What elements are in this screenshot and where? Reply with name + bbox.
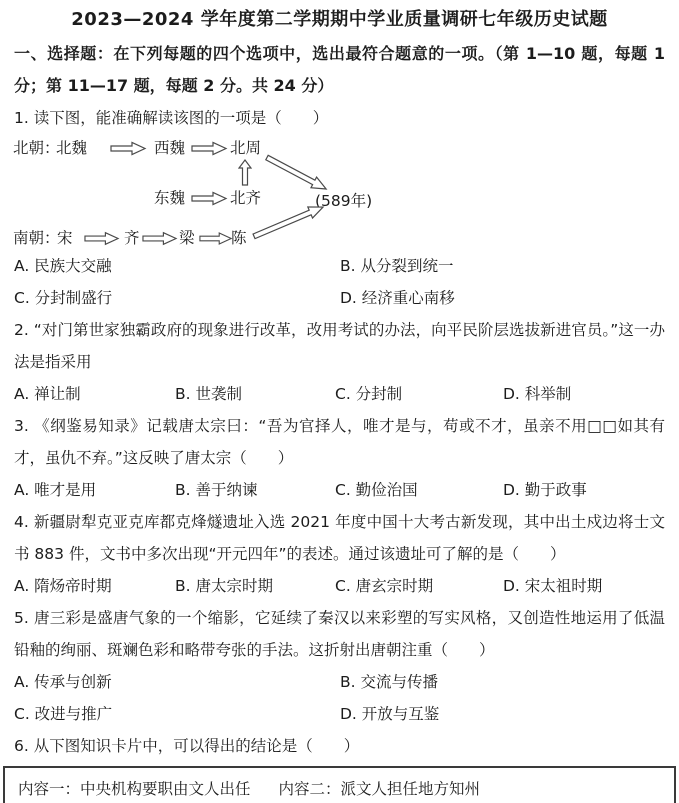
arrow-right-icon [142, 231, 178, 246]
page-title: 2023—2024 学年度第二学期期中学业质量调研七年级历史试题 [0, 8, 679, 32]
question-4-stem: 4. 新疆尉犁克亚克库都克烽燧遗址入选 2021 年度中国十大考古新发现，其中出… [14, 506, 665, 570]
knowledge-card-content-1: 内容一：中央机构要职由文人出任 [18, 780, 251, 798]
diagram-node-beizhou: 北周 [230, 139, 261, 157]
question-3-options: A. 唯才是用 B. 善于纳谏 C. 勤俭治国 D. 勤于政事 [14, 474, 665, 506]
option-a: A. 唯才是用 [14, 474, 175, 506]
arrow-diagonal-down-icon [263, 150, 332, 196]
diagram-node-qi: 齐 [124, 229, 140, 247]
option-d: D. 宋太祖时期 [503, 570, 665, 602]
option-d: D. 勤于政事 [503, 474, 665, 506]
knowledge-card-content-2: 内容二：派文人担任地方知州 [279, 780, 481, 798]
option-c: C. 改进与推广 [14, 698, 340, 730]
option-a: A. 传承与创新 [14, 666, 340, 698]
option-c: C. 分封制 [335, 378, 503, 410]
option-a: A. 隋炀帝时期 [14, 570, 175, 602]
arrow-right-icon [110, 141, 147, 156]
diagram-north-label: 北朝： [13, 139, 60, 157]
question-1-stem: 1. 读下图，能准确解读该图的一项是（ ） [14, 102, 665, 134]
arrow-right-icon [191, 141, 228, 156]
option-b: B. 善于纳谏 [175, 474, 335, 506]
option-a: A. 禅让制 [14, 378, 175, 410]
diagram-node-song: 宋 [57, 229, 73, 247]
option-c: C. 唐玄宗时期 [335, 570, 503, 602]
question-6-stem: 6. 从下图知识卡片中，可以得出的结论是（ ） [14, 730, 665, 762]
option-d: D. 开放与互鉴 [340, 698, 665, 730]
diagram-south-label: 南朝： [13, 229, 60, 247]
diagram-node-chen: 陈 [231, 229, 247, 247]
option-b: B. 世袭制 [175, 378, 335, 410]
diagram-node-dongwei: 东魏 [154, 189, 185, 207]
question-2-stem: 2. “对门第世家独霸政府的现象进行改革，改用考试的办法，向平民阶层选拔新进官员… [14, 314, 665, 378]
question-2-options: A. 禅让制 B. 世袭制 C. 分封制 D. 科举制 [14, 378, 665, 410]
question-4-options: A. 隋炀帝时期 B. 唐太宗时期 C. 唐玄宗时期 D. 宋太祖时期 [14, 570, 665, 602]
knowledge-card: 内容一：中央机构要职由文人出任内容二：派文人担任地方知州 [3, 766, 676, 803]
arrow-right-icon [191, 191, 228, 206]
option-c: C. 分封制盛行 [14, 282, 340, 314]
option-a: A. 民族大交融 [14, 250, 340, 282]
diagram-node-xiwei: 西魏 [154, 139, 185, 157]
option-b: B. 从分裂到统一 [340, 250, 665, 282]
question-3-stem: 3. 《纲鉴易知录》记载唐太宗曰：“吾为官择人，唯才是与，苟或不才，虽亲不用□□… [14, 410, 665, 474]
dynasty-succession-diagram: 北朝： 北魏 西魏 北周 东魏 北齐 (589年) 南朝： 宋 齐 梁 陈 [0, 134, 679, 250]
option-c: C. 勤俭治国 [335, 474, 503, 506]
diagram-node-beiqi: 北齐 [230, 189, 261, 207]
arrow-up-icon [238, 159, 252, 186]
option-b: B. 交流与传播 [340, 666, 665, 698]
option-d: D. 经济重心南移 [340, 282, 665, 314]
arrow-diagonal-up-icon [250, 199, 328, 243]
option-b: B. 唐太宗时期 [175, 570, 335, 602]
arrow-right-icon [199, 231, 233, 246]
diagram-node-beiwei: 北魏 [56, 139, 87, 157]
question-1-options: A. 民族大交融 B. 从分裂到统一 C. 分封制盛行 D. 经济重心南移 [14, 250, 665, 314]
diagram-node-liang: 梁 [179, 229, 195, 247]
section-instructions: 一、选择题：在下列每题的四个选项中，选出最符合题意的一项。（第 1—10 题，每… [14, 38, 665, 102]
exam-paper: 2023—2024 学年度第二学期期中学业质量调研七年级历史试题 一、选择题：在… [0, 8, 679, 803]
option-d: D. 科举制 [503, 378, 665, 410]
question-5-options: A. 传承与创新 B. 交流与传播 C. 改进与推广 D. 开放与互鉴 [14, 666, 665, 730]
question-5-stem: 5. 唐三彩是盛唐气象的一个缩影，它延续了秦汉以来彩塑的写实风格，又创造性地运用… [14, 602, 665, 666]
arrow-right-icon [84, 231, 120, 246]
